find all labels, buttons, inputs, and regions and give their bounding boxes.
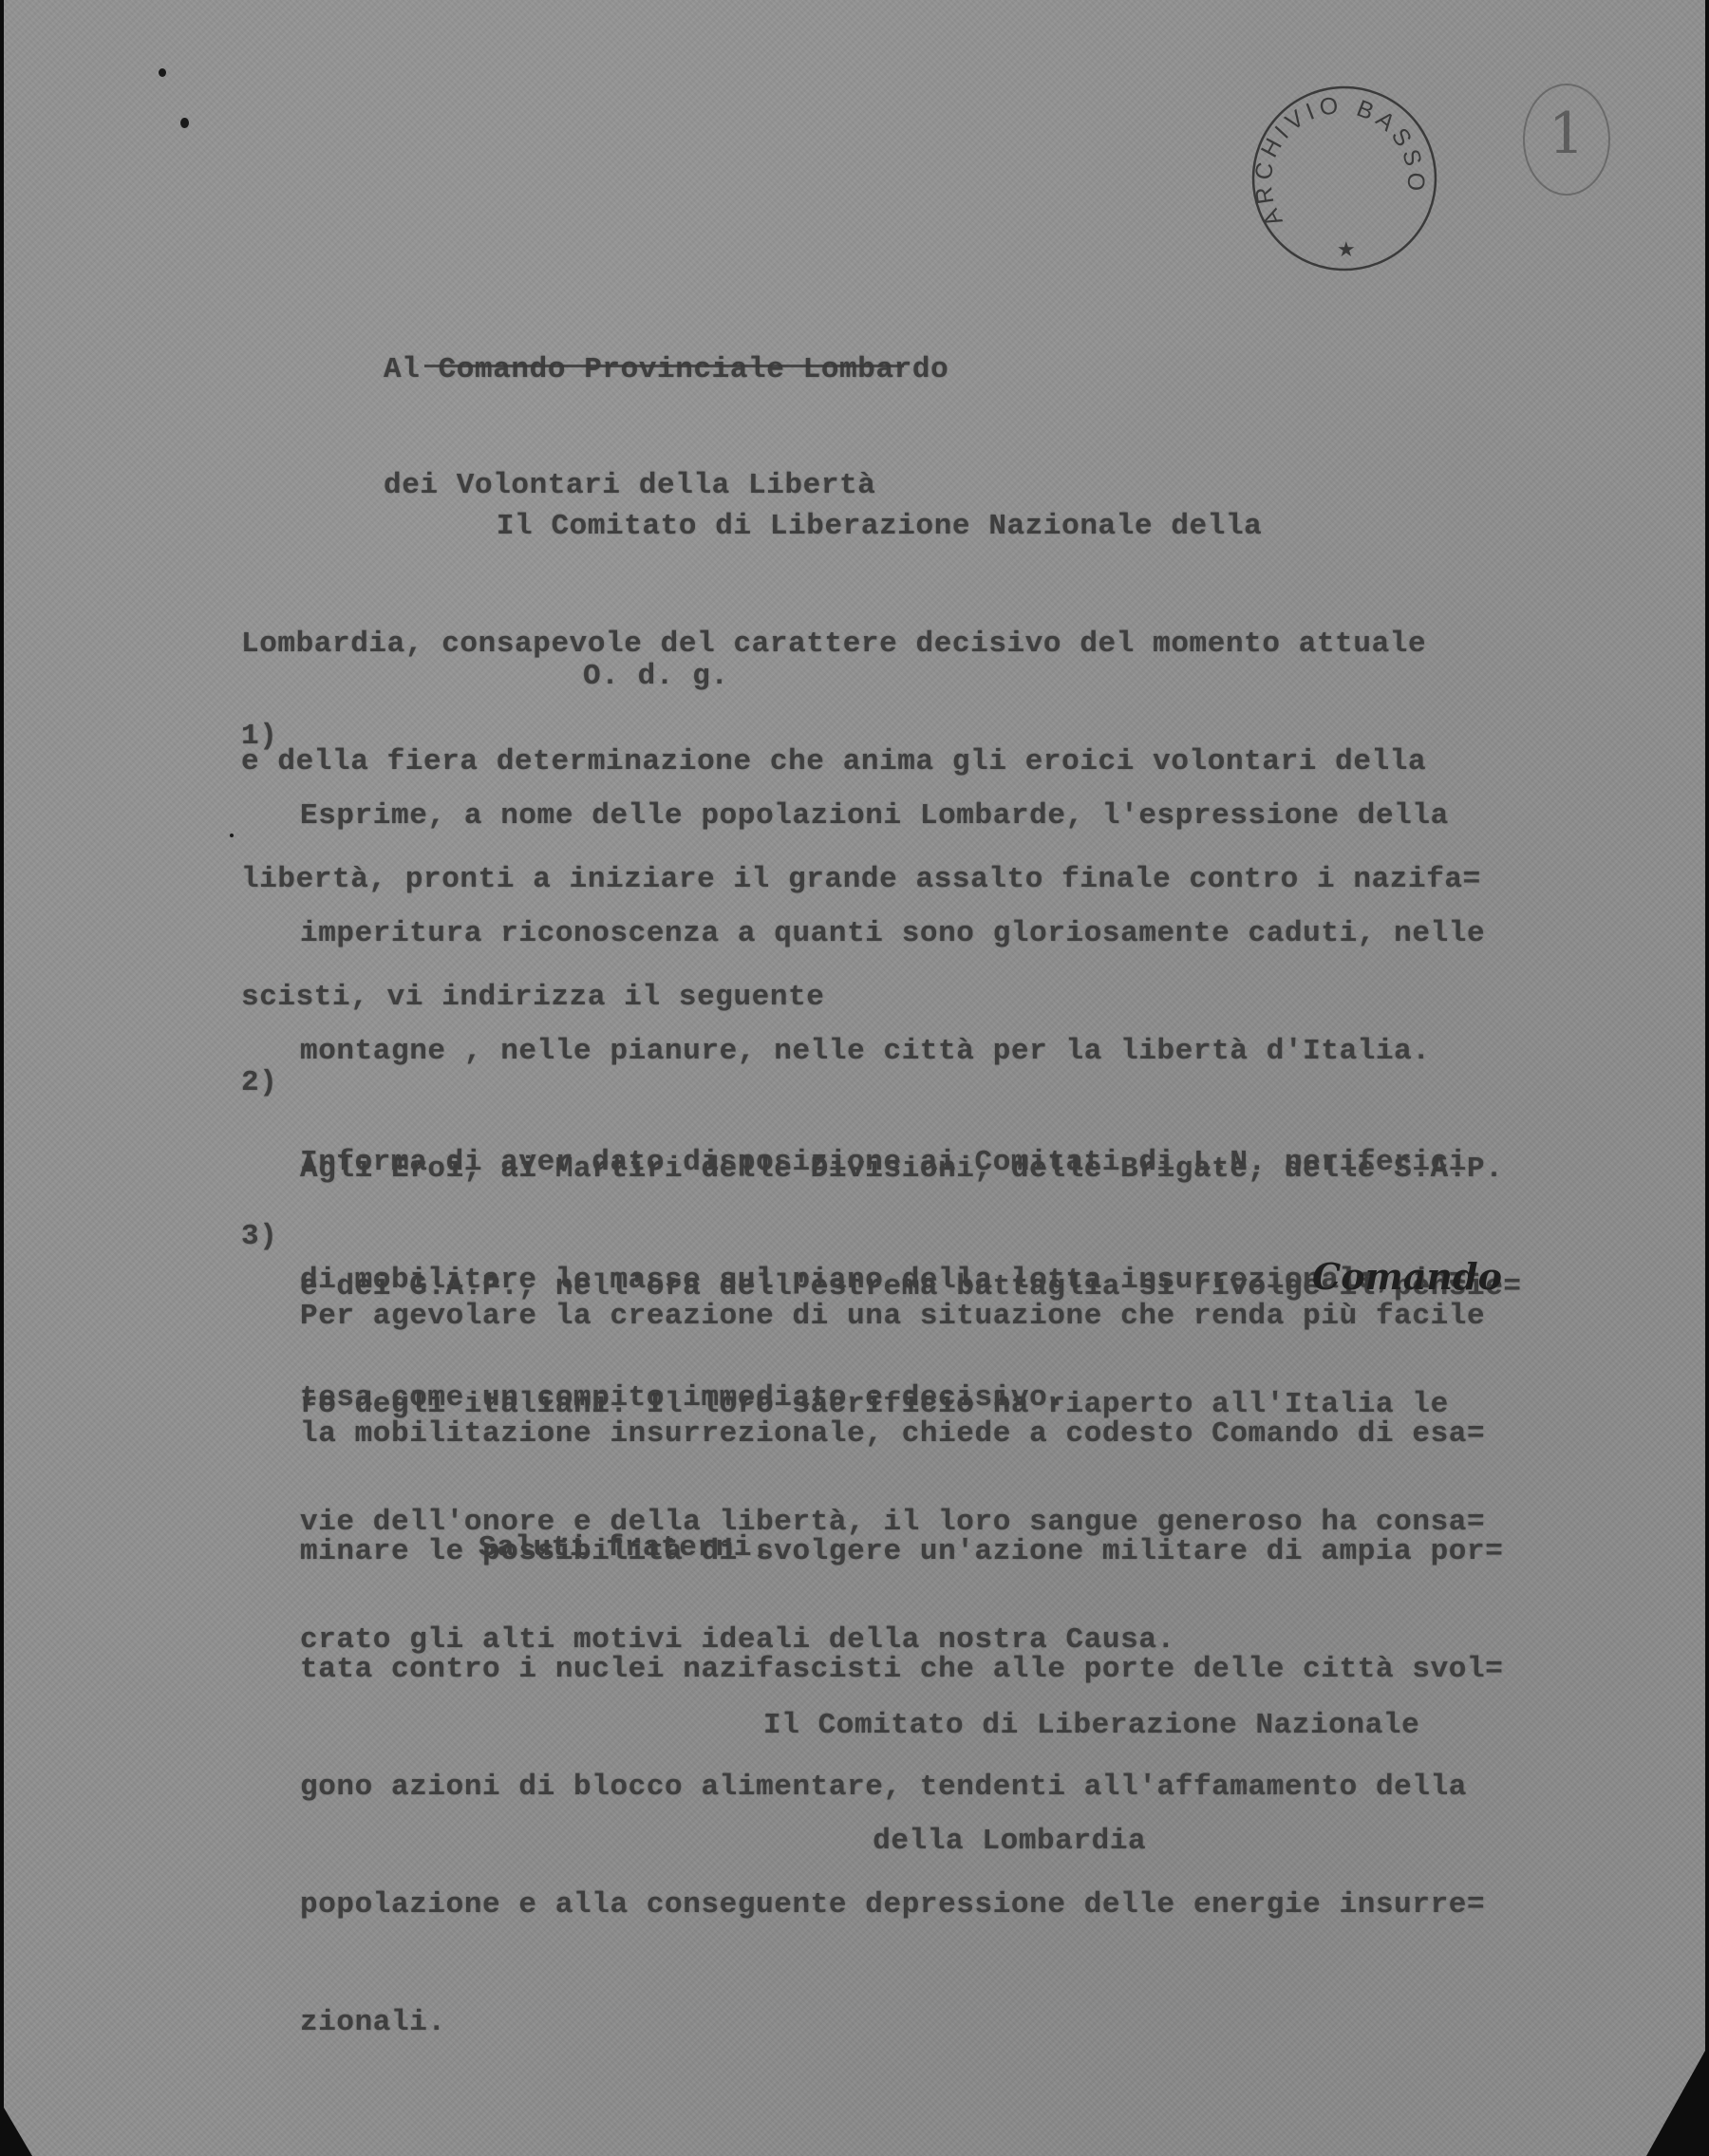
signature-block: Il Comitato di Liberazione Nazionale del… — [763, 1626, 1419, 1938]
item-line: la mobilitazione insurrezionale, chiede … — [300, 1415, 1503, 1453]
closing-greeting: Saluti fraterni. — [479, 1528, 770, 1568]
address-underline — [424, 365, 904, 367]
scan-speck — [180, 118, 189, 128]
intro-line: Lombardia, consapevole del carattere dec… — [241, 625, 1481, 663]
signature-line: della Lombardia — [763, 1822, 1419, 1858]
item-line: zionali. — [300, 2003, 1503, 2041]
agenda-heading: O. d. g. — [583, 657, 729, 697]
signature-line: Il Comitato di Liberazione Nazionale — [763, 1706, 1419, 1742]
item-line: imperitura riconoscenza a quanti sono gl… — [300, 914, 1522, 952]
handwritten-correction: Comando — [1312, 1255, 1502, 1298]
item-number: 2) — [241, 1063, 277, 1103]
item-number: 3) — [241, 1217, 277, 1257]
item-line: Per agevolare la creazione di una situaz… — [300, 1297, 1503, 1335]
agenda-item-1: 1) Esprime, a nome delle popolazioni Lom… — [241, 717, 314, 876]
folio-number: 1 — [1525, 101, 1608, 167]
folio-number-mark: 1 — [1523, 84, 1610, 196]
archivio-basso-stamp: ARCHIVIO BASSO ★ — [1249, 84, 1439, 273]
item-number: 1) — [241, 717, 277, 757]
agenda-item-3: 3) Per agevolare la creazione di una sit… — [241, 1217, 314, 1377]
item-line: Informa di aver dato disposizione ai Com… — [300, 1143, 1467, 1181]
item-line: Esprime, a nome delle popolazioni Lombar… — [300, 797, 1522, 834]
scan-speck — [230, 834, 234, 837]
intro-line: Il Comitato di Liberazione Nazionale del… — [241, 507, 1481, 545]
scan-speck — [159, 68, 166, 77]
svg-text:ARCHIVIO BASSO: ARCHIVIO BASSO — [1249, 92, 1429, 231]
agenda-item-2: 2) Informa di aver dato disposizione ai … — [241, 1063, 314, 1223]
address-line: Al Comando Provinciale Lombardo — [384, 350, 948, 386]
document-page: ARCHIVIO BASSO ★ 1 Al Comando Provincial… — [4, 0, 1705, 2156]
star-icon: ★ — [1337, 238, 1356, 262]
